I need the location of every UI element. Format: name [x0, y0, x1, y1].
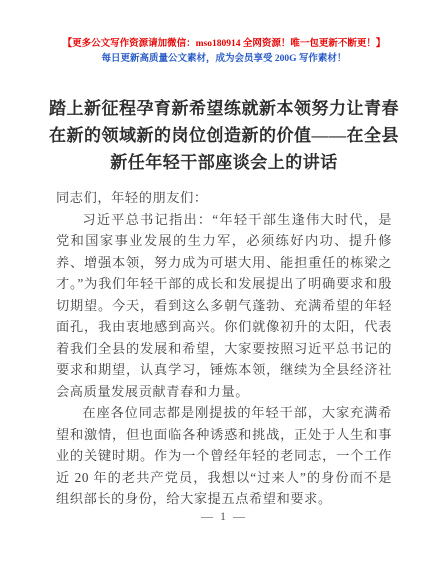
body-paragraph-1: 习近平总书记指出：“年轻干部生逢伟大时代，是党和国家事业发展的生力军，必须练好内…	[56, 209, 392, 403]
page-number: — 1 —	[0, 509, 448, 524]
promo-banner: 【更多公文写作资源请加微信：mso180914 全网资源！唯一包更新不断更！】 …	[0, 0, 448, 66]
salutation-line: 同志们，年轻的朋友们：	[56, 187, 392, 209]
document-title: 踏上新征程孕育新希望练就新本领努力让青春 在新的领域新的岗位创造新的价值——在全…	[0, 95, 448, 176]
title-line-3: 新任年轻干部座谈会上的讲话	[0, 149, 448, 176]
document-page: 【更多公文写作资源请加微信：mso180914 全网资源！唯一包更新不断更！】 …	[0, 0, 448, 580]
promo-line-red: 【更多公文写作资源请加微信：mso180914 全网资源！唯一包更新不断更！】	[0, 38, 448, 51]
title-line-2: 在新的领域新的岗位创造新的价值——在全县	[0, 122, 448, 149]
promo-line-blue: 每日更新高质量公文素材，成为会员享受 200G 写作素材！	[0, 53, 448, 66]
title-line-1: 踏上新征程孕育新希望练就新本领努力让青春	[0, 95, 448, 122]
body-paragraph-2: 在座各位同志都是刚提拔的年轻干部，大家充满希望和激情，但也面临各种诱惑和挑战，正…	[56, 402, 392, 510]
document-body: 同志们，年轻的朋友们： 习近平总书记指出：“年轻干部生逢伟大时代，是党和国家事业…	[56, 187, 392, 510]
